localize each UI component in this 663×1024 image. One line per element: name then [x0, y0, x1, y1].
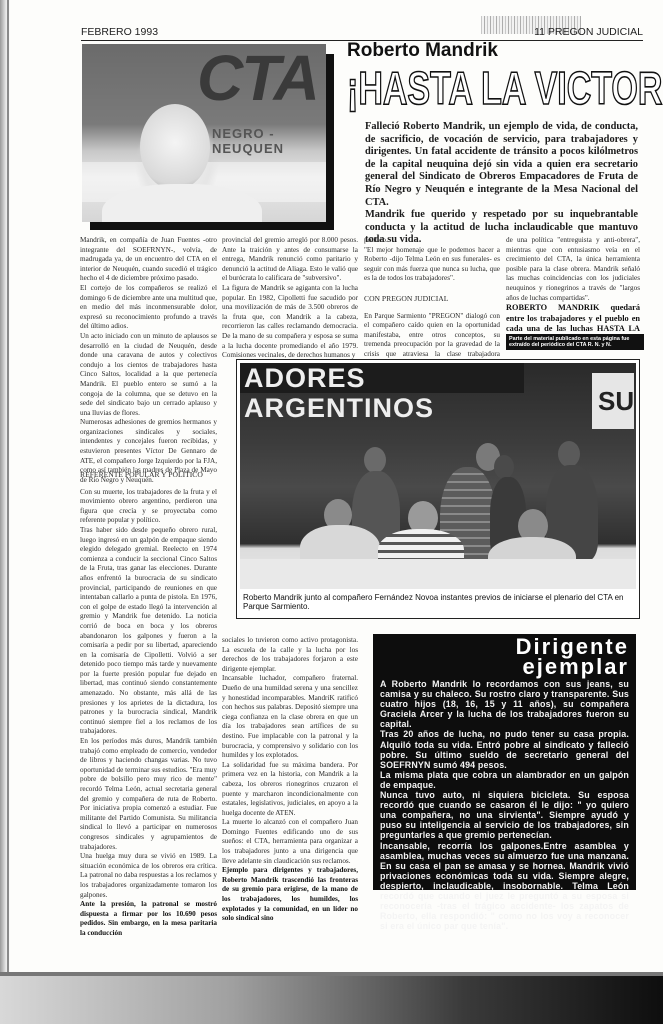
article-headline: ¡HASTA LA VICTORIA FINAL!: [347, 66, 647, 112]
photo-sign-text: SU: [592, 373, 634, 429]
group-photo-figure: ADORES ARGENTINOS SU Roberto Mandrik jun…: [236, 359, 640, 619]
scan-edge-line: [7, 0, 9, 1024]
article-column-2: provincial del gremio arregló por 8.000 …: [222, 236, 358, 361]
photo-person-head: [494, 455, 514, 479]
portrait-photo: CTA NEGRO - NEUQUEN: [82, 44, 326, 222]
paragraph: Con su muerte, los trabajadores de la fr…: [80, 488, 217, 526]
sidebar-title-line2: ejemplar: [380, 657, 629, 677]
sidebar-paragraph: Nunca tuvo auto, ni siquiera bicicleta. …: [380, 790, 629, 840]
photo-caption: Roberto Mandrik junto al compañero Ferná…: [243, 593, 633, 611]
page-number-publication: 11 PREGON JUDICIAL: [534, 26, 643, 38]
sidebar-paragraph: La misma plata que cobra un alambrador e…: [380, 770, 629, 790]
photo-person-head: [558, 441, 580, 467]
sidebar-body: A Roberto Mandrik lo recordamos con sus …: [380, 679, 629, 931]
paragraph: La figura de Mandrik se agiganta con la …: [222, 284, 358, 361]
paragraph: Mandrik, en compañía de Juan Fuentes -ot…: [80, 236, 217, 284]
sidebar-paragraph: Incansable, recorría los galpones.Entre …: [380, 841, 629, 932]
paragraph: Una huelga muy dura se vivió en 1989. La…: [80, 852, 217, 900]
paragraph: provincial del gremio arregló por 8.000 …: [222, 236, 358, 284]
sidebar-paragraph: Tras 20 años de lucha, no pudo tener su …: [380, 729, 629, 769]
portrait-shadow-right: [326, 54, 334, 230]
article-column-1: Mandrik, en compañía de Juan Fuentes -ot…: [80, 236, 217, 485]
photo-banner-text: ADORES ARGENTINOS: [240, 363, 524, 393]
paragraph: La muerte lo alcanzó con el compañero Ju…: [222, 818, 358, 866]
portrait-shadow-bottom: [90, 222, 334, 230]
sidebar-dirigente-ejemplar: Dirigente ejemplar A Roberto Mandrik lo …: [373, 634, 636, 890]
paragraph: Ante la presión, la patronal se mostró d…: [80, 900, 217, 938]
paragraph: Ejemplo para dirigentes y trabajadores, …: [222, 866, 358, 924]
article-column-4: de una política "entreguista y anti-obre…: [506, 236, 640, 345]
photo-table: [240, 559, 636, 589]
paragraph: El cortejo de los compañeros se realizó …: [80, 284, 217, 332]
source-credit-note: Parte del material publicado en esta pág…: [506, 334, 644, 350]
paragraph: político.: [364, 236, 500, 246]
portrait-banner-subtext: NEGRO - NEUQUEN: [212, 126, 326, 156]
photo-person-head: [364, 447, 386, 473]
paragraph: La solidaridad fue su máxima bandera. Po…: [222, 761, 358, 819]
section-heading-pregon: CON PREGON JUDICIAL: [364, 294, 500, 304]
section-heading-referente: REFERENTE POPULAR Y POLITICO: [80, 470, 217, 480]
scan-bottom-edge: [0, 972, 663, 1024]
paragraph: de una política "entreguista y anti-obre…: [506, 236, 640, 303]
sidebar-paragraph: A Roberto Mandrik lo recordamos con sus …: [380, 679, 629, 729]
article-column-2-lower: sociales lo tuvieron como activo protago…: [222, 636, 358, 924]
paragraph: Un acto iniciado con un minuto de aplaus…: [80, 332, 217, 418]
article-column-3: político. "El mejor homenaje que le pode…: [364, 236, 500, 369]
page-header: FEBRERO 1993 11 PREGON JUDICIAL: [81, 26, 643, 41]
paragraph: En los períodos más duros, Mandrik tambi…: [80, 737, 217, 852]
issue-date: FEBRERO 1993: [81, 26, 158, 38]
group-photo: ADORES ARGENTINOS SU: [240, 363, 636, 589]
article-column-1-lower: REFERENTE POPULAR Y POLITICO Con su muer…: [80, 470, 217, 939]
article-kicker: Roberto Mandrik: [347, 40, 498, 62]
paragraph: sociales lo tuvieron como activo protago…: [222, 636, 358, 674]
lead-paragraph: Falleció Roberto Mandrik, un ejemplo de …: [365, 121, 638, 209]
portrait-banner-text: CTA: [197, 46, 318, 110]
paragraph: Tras haber sido desde pequeño obrero rur…: [80, 526, 217, 737]
article-lead: Falleció Roberto Mandrik, un ejemplo de …: [365, 121, 638, 247]
paragraph: "El mejor homenaje que le podemos hacer …: [364, 246, 500, 284]
portrait-person-head: [140, 104, 210, 190]
paragraph: Incansable luchador, compañero fraternal…: [222, 674, 358, 760]
